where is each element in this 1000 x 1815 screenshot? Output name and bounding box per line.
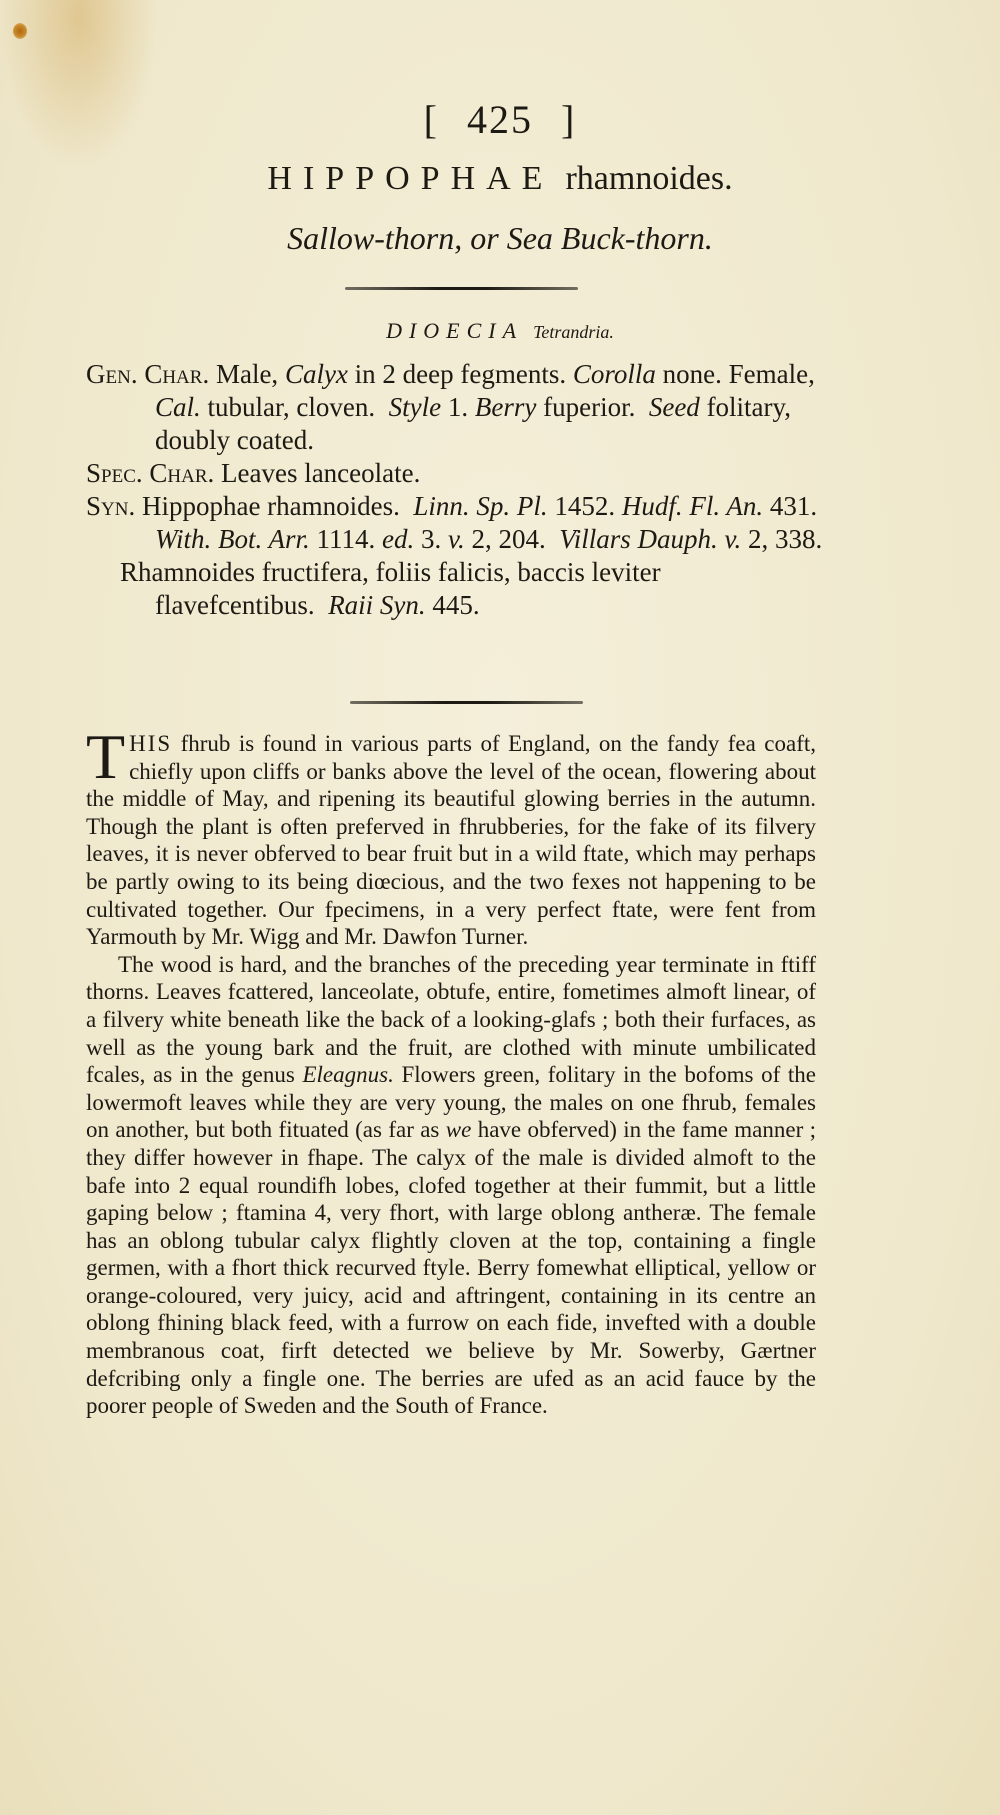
synonym-ray-cont: flavefcentibus. Raii Syn. 445. [86, 589, 826, 622]
page-number: [425] [0, 96, 1000, 143]
linnaean-classification: DIOECIATetrandria. [0, 318, 1000, 344]
synonym-ray: Rhamnoides fructifera, foliis falicis, b… [86, 556, 826, 589]
characters-block: Gen. Char. Male, Calyx in 2 deep fegment… [86, 358, 826, 622]
description-text: THIS fhrub is found in various parts of … [86, 730, 816, 1420]
book-page: [425] HIPPOPHAErhamnoides. Sallow-thorn,… [0, 0, 1000, 1815]
divider-rule-middle [350, 701, 583, 704]
order-name: Tetrandria. [533, 322, 614, 342]
species-epithet: rhamnoides. [565, 160, 732, 197]
drop-cap: T [86, 732, 125, 782]
class-name: DIOECIA [386, 318, 523, 343]
generic-character: Gen. Char. Male, Calyx in 2 deep fegment… [86, 358, 826, 457]
paragraph-2: The wood is hard, and the branches of th… [86, 951, 816, 1420]
page-number-value: 425 [467, 97, 533, 142]
synonyms: Syn. Hippophae rhamnoides. Linn. Sp. Pl.… [86, 490, 826, 556]
bracket-close: ] [533, 97, 604, 142]
divider-rule-top [345, 287, 578, 290]
paragraph-1: THIS fhrub is found in various parts of … [86, 730, 816, 951]
common-name: Sallow-thorn, or Sea Buck-thorn. [0, 220, 1000, 257]
bracket-open: [ [396, 97, 467, 142]
specific-character: Spec. Char. Leaves lanceolate. [86, 457, 826, 490]
genus-name: HIPPOPHAE [267, 160, 553, 197]
species-title: HIPPOPHAErhamnoides. [0, 160, 1000, 198]
